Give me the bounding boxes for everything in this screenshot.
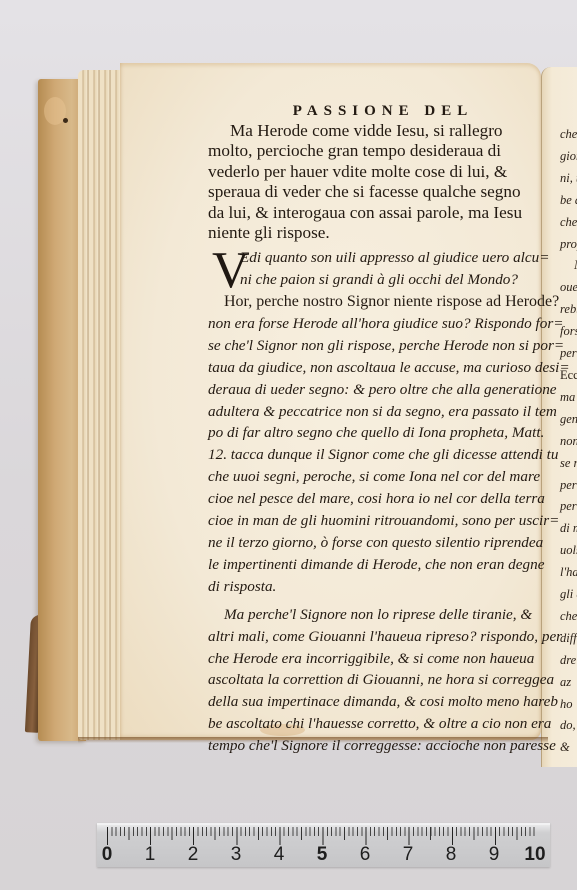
text-line: be ascoltato chi l'hauesse corretto, & o… <box>208 713 538 735</box>
ruler-label: 10 <box>520 844 550 866</box>
fragment: che <box>560 606 577 628</box>
text-line: di risposta. <box>208 576 538 598</box>
fragment: ho <box>560 694 577 716</box>
ruler-label: 2 <box>178 844 208 866</box>
ruler-label: 5 <box>307 844 337 866</box>
fragment: l'ha <box>560 562 577 584</box>
fragment: se r <box>560 453 577 475</box>
fragment: gli a <box>560 584 577 606</box>
text-line: vederlo per hauer vdite molte cose di lu… <box>208 162 538 182</box>
fragment: ma <box>560 387 577 409</box>
fragment: diff <box>560 628 577 650</box>
ruler-labels: 0 1 2 3 4 5 6 7 8 9 10 <box>97 844 550 866</box>
fragment: gior <box>560 146 577 168</box>
text-line: speraua di veder che si facesse qualche … <box>208 182 538 202</box>
commentary-paragraph: Ma perche'l Signore non lo riprese delle… <box>208 604 538 757</box>
text-line: che uuoi segni, peroche, si come Iona ne… <box>208 466 538 488</box>
commentary-drop-cap-paragraph: V Edi quanto son uili appresso al giudic… <box>208 247 538 291</box>
page-block-edges <box>78 70 122 740</box>
scripture-paragraph: Ma Herode come vidde Iesu, si rallegro m… <box>208 121 538 243</box>
text-line: adultera & peccatrice non si da segno, e… <box>208 401 538 423</box>
ruler-label: 1 <box>135 844 165 866</box>
text-line: taua da giudice, non ascoltaua le accuse… <box>208 357 538 379</box>
text-line: che Herode era incorriggibile, & si come… <box>208 648 538 670</box>
fragment: non <box>560 431 577 453</box>
text-line: se che'l Signor non gli rispose, perche … <box>208 335 538 357</box>
text-line: ne il terzo giorno, ò forse con questo s… <box>208 532 538 554</box>
fragment: dre <box>560 650 577 672</box>
text-line: Hor, perche nostro Signor niente rispose… <box>208 291 538 313</box>
fragment: di m <box>560 518 577 540</box>
text-line: deraua di ueder segno: & pero oltre che … <box>208 379 538 401</box>
running-head: PASSIONE DEL <box>208 101 538 121</box>
fragment: uols <box>560 540 577 562</box>
commentary-paragraph: Hor, perche nostro Signor niente rispose… <box>208 291 538 598</box>
text-line: ascoltata la correttion di Giouanni, ne … <box>208 669 538 691</box>
fragment: prop <box>560 234 577 256</box>
text-line: cioe nel pesce del mare, cosi hora io ne… <box>208 488 538 510</box>
text-line: non era forse Herode all'hora giudice su… <box>208 313 538 335</box>
fragment: per <box>560 496 577 518</box>
fragment: ouer <box>560 277 577 299</box>
ruler-label: 4 <box>264 844 294 866</box>
text-line: da lui, & interogaua con assai parole, m… <box>208 203 538 223</box>
text-line: della sua impertinace dimanda, & cosi mo… <box>208 691 538 713</box>
text-line: 12. tacca dunque il Signor come che gli … <box>208 444 538 466</box>
fragment: az <box>560 672 577 694</box>
ruler-label: 8 <box>436 844 466 866</box>
ruler-label: 0 <box>92 844 122 866</box>
text-line: le impertinenti dimande di Herode, che n… <box>208 554 538 576</box>
ruler-label: 6 <box>350 844 380 866</box>
fragment: che <box>560 124 577 146</box>
text-line: altri mali, come Giouanni l'haueua ripre… <box>208 626 538 648</box>
ruler-label: 9 <box>479 844 509 866</box>
fragment: N <box>560 255 577 277</box>
text-line: cioe in man de gli huomini ritrouandomi,… <box>208 510 538 532</box>
text-line: Edi quanto son uili appresso al giudice … <box>208 247 538 269</box>
fragment: gen <box>560 409 577 431</box>
fragment: ni, t <box>560 168 577 190</box>
page-text: PASSIONE DEL Ma Herode come vidde Iesu, … <box>208 101 538 757</box>
centimeter-scale-ruler: 0 1 2 3 4 5 6 7 8 9 10 <box>97 823 550 867</box>
fragment: be a <box>560 190 577 212</box>
text-line: Ma perche'l Signore non lo riprese delle… <box>208 604 538 626</box>
fragment: do, <box>560 715 577 737</box>
fragment: che <box>560 212 577 234</box>
text-line: tempo che'l Signore il correggesse: acci… <box>208 735 538 757</box>
cover-spot <box>63 118 68 123</box>
text-line: ni che paion si grandi à gli occhi del M… <box>208 269 538 291</box>
ruler-label: 7 <box>393 844 423 866</box>
drop-cap: V <box>212 249 250 293</box>
fragment: & <box>560 737 577 759</box>
text-line: niente gli rispose. <box>208 223 538 243</box>
ruler-ticks <box>107 827 538 845</box>
text-line: molto, percioche gran tempo desideraua d… <box>208 141 538 161</box>
text-line: Ma Herode come vidde Iesu, si rallegro <box>208 121 538 141</box>
facing-page-text-fragments: che gior ni, t be a che prop N ouer rebb… <box>560 124 577 759</box>
fragment: per <box>560 475 577 497</box>
text-line: po di far altro segno che quello di Iona… <box>208 422 538 444</box>
ruler-label: 3 <box>221 844 251 866</box>
